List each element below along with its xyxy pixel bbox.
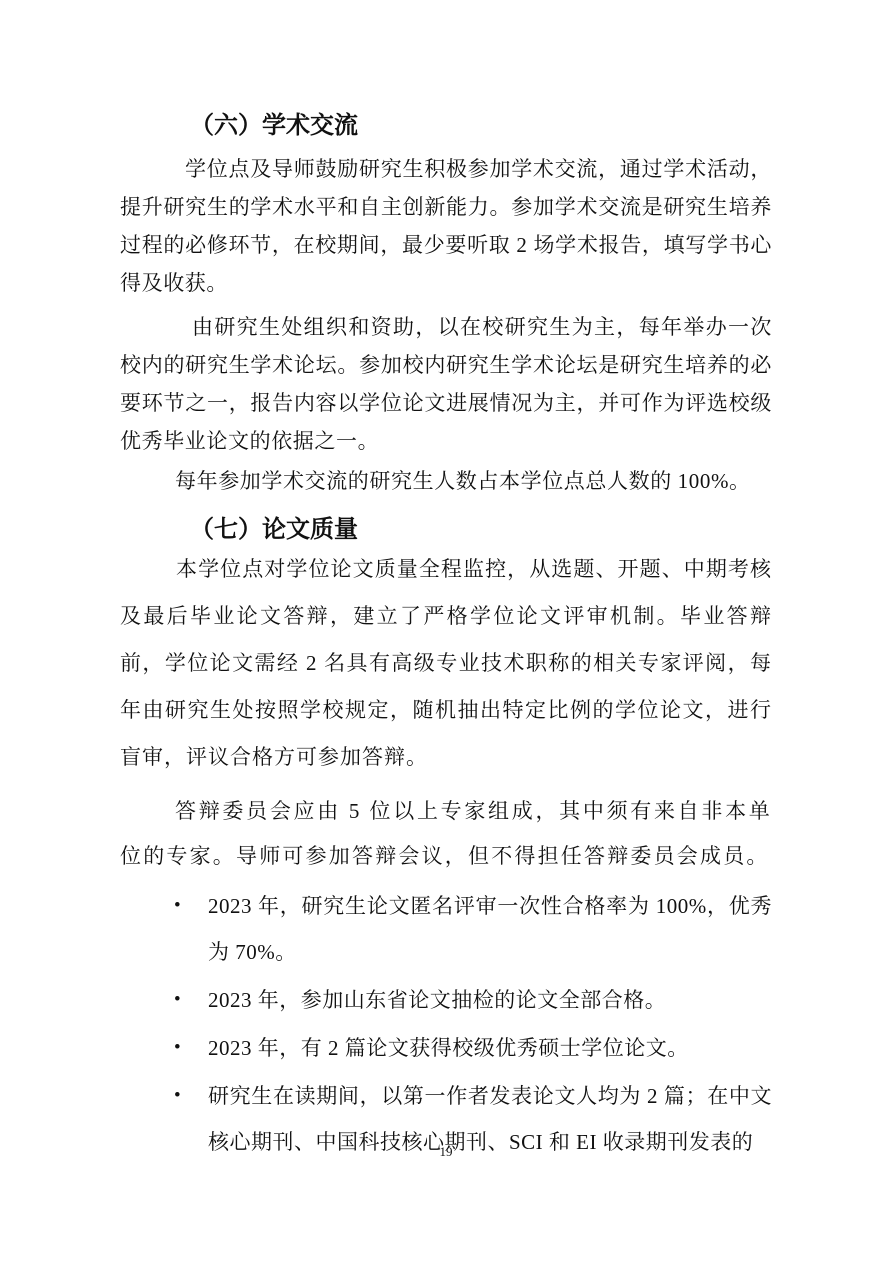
bullet-text: 2023 年，研究生论文匿名评审一次性合格率为 100%，优秀为 70%。: [208, 883, 772, 975]
bullet-icon: •: [174, 1073, 181, 1119]
bullet-list: • 2023 年，研究生论文匿名评审一次性合格率为 100%，优秀为 70%。 …: [120, 883, 772, 1165]
bullet-text: 2023 年，参加山东省论文抽检的论文全部合格。: [208, 977, 772, 1023]
page-number: 19: [0, 1144, 892, 1160]
bullet-icon: •: [174, 977, 181, 1023]
bullet-icon: •: [174, 1025, 181, 1071]
bullet-item-3: • 2023 年，有 2 篇论文获得校级优秀硕士学位论文。: [120, 1025, 772, 1071]
bullet-item-1: • 2023 年，研究生论文匿名评审一次性合格率为 100%，优秀为 70%。: [120, 883, 772, 975]
page-content: （六）学术交流 学位点及导师鼓励研究生积极参加学术交流，通过学术活动，提升研究生…: [0, 110, 892, 1165]
document-page: （六）学术交流 学位点及导师鼓励研究生积极参加学术交流，通过学术活动，提升研究生…: [0, 0, 892, 1261]
section-7-paragraph-2: 答辩委员会应由 5 位以上专家组成，其中须有来自非本单位的专家。导师可参加答辩会…: [120, 789, 772, 879]
section-7-paragraph-1: 本学位点对学位论文质量全程监控，从选题、开题、中期考核及最后毕业论文答辩，建立了…: [120, 546, 772, 781]
section-6-paragraph-1: 学位点及导师鼓励研究生积极参加学术交流，通过学术活动，提升研究生的学术水平和自主…: [120, 150, 772, 302]
section-6-paragraph-2: 由研究生处组织和资助，以在校研究生为主，每年举办一次校内的研究生学术论坛。参加校…: [120, 308, 772, 460]
bullet-text: 2023 年，有 2 篇论文获得校级优秀硕士学位论文。: [208, 1025, 772, 1071]
bullet-item-2: • 2023 年，参加山东省论文抽检的论文全部合格。: [120, 977, 772, 1023]
section-7-heading: （七）论文质量: [190, 514, 772, 546]
section-6-heading: （六）学术交流: [190, 110, 772, 142]
bullet-icon: •: [174, 883, 181, 929]
section-6-paragraph-3: 每年参加学术交流的研究生人数占本学位点总人数的 100%。: [120, 462, 772, 500]
